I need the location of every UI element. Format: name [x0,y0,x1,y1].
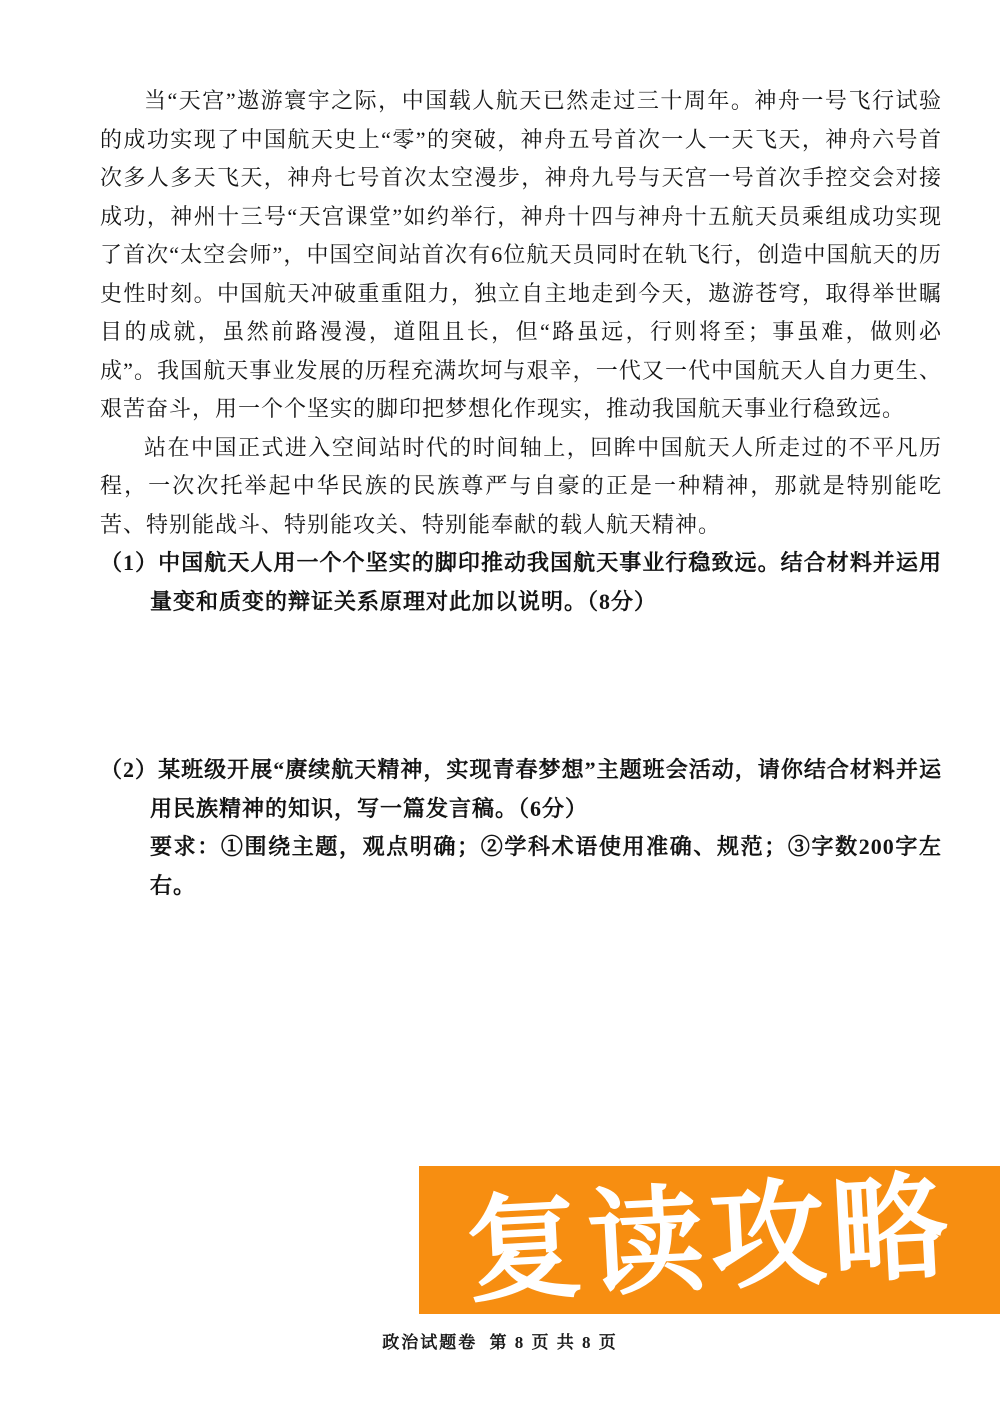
question-1: （1）中国航天人用一个个坚实的脚印推动我国航天事业行稳致远。结合材料并运用量变和… [100,544,942,621]
question-2: （2）某班级开展“赓续航天精神，实现青春梦想”主题班会活动，请你结合材料并运用民… [100,751,942,828]
question-2-requirements: 要求：①围绕主题，观点明确；②学科术语使用准确、规范；③字数200字左右。 [150,828,942,905]
question-1-text: 中国航天人用一个个坚实的脚印推动我国航天事业行稳致远。结合材料并运用量变和质变的… [150,550,942,614]
document-body: 当“天宫”遨游寰宇之际，中国载人航天已然走过三十周年。神舟一号飞行试验的成功实现… [100,82,942,905]
question-2-label: （2） [100,757,158,782]
footer-page-info: 第 8 页 共 8 页 [490,1333,618,1352]
paragraph-space-spirit: 站在中国正式进入空间站时代的时间轴上，回眸中国航天人所走过的不平凡历程，一次次托… [100,429,942,545]
watermark-banner: 复读攻略 [419,1166,1000,1314]
question-2-text: 某班级开展“赓续航天精神，实现青春梦想”主题班会活动，请你结合材料并运用民族精神… [150,757,942,821]
exam-page: 当“天宫”遨游寰宇之际，中国载人航天已然走过三十周年。神舟一号飞行试验的成功实现… [0,0,1000,1412]
footer-doc-title: 政治试题卷 [382,1333,477,1352]
question-1-label: （1） [100,550,158,575]
watermark-banner-text: 复读攻略 [462,1166,957,1314]
paragraph-space-history: 当“天宫”遨游寰宇之际，中国载人航天已然走过三十周年。神舟一号飞行试验的成功实现… [100,82,942,429]
page-footer: 政治试题卷 第 8 页 共 8 页 [0,1328,1000,1353]
